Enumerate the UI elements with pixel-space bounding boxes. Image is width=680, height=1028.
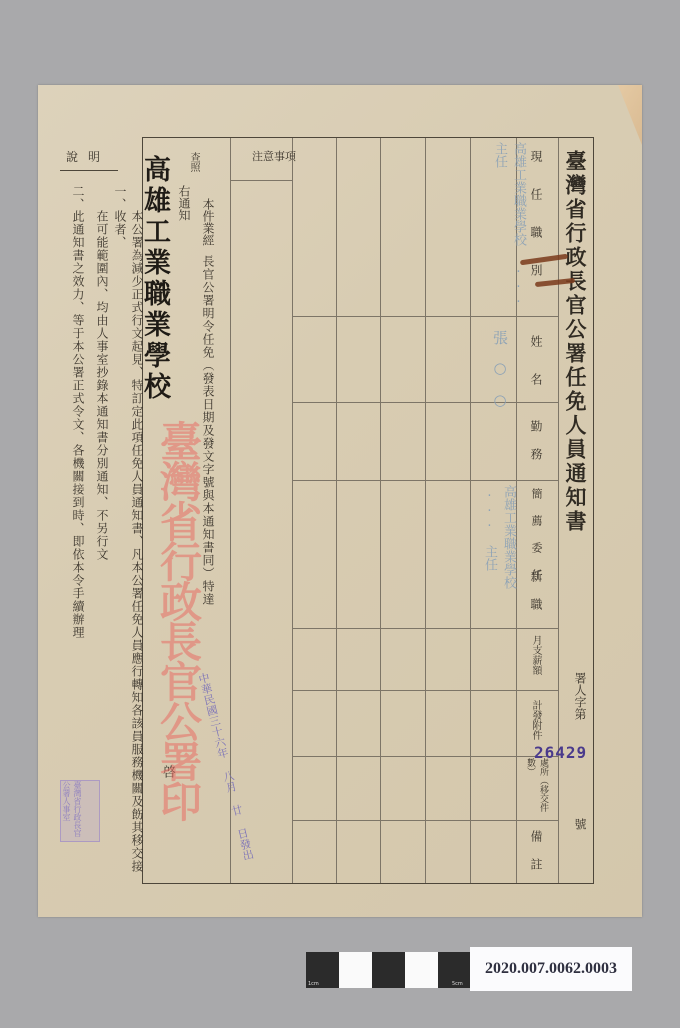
notes-item1-cont: 在可能範圍內、均由人事室抄錄本通知書分別通知、不另行文 bbox=[94, 210, 111, 561]
grid-line bbox=[336, 138, 337, 883]
grid-line bbox=[292, 138, 293, 883]
notes-item2-text: 此通知書之效力、等于本公署正式令文、各機關接到時、即依本令手續辦理 bbox=[70, 210, 87, 639]
red-official-seal: 臺灣省行政長官公署印 bbox=[148, 420, 208, 820]
header-remarks: 備註 bbox=[528, 830, 545, 886]
notes-item1-text: 本公署為減少正式行文起見、特訂定此項任免人員通知書、凡本公署任免人員應行轉知各該… bbox=[112, 210, 146, 880]
scale-bar bbox=[306, 952, 471, 988]
grid-line bbox=[292, 316, 558, 317]
header-new-post: 新職 bbox=[528, 570, 545, 626]
purple-seal: 臺灣省行政長官公署人事室 bbox=[60, 780, 100, 842]
header-name: 姓名 bbox=[528, 335, 545, 411]
header-grade: 勤務 bbox=[528, 420, 545, 476]
serial-suffix: 號 bbox=[572, 818, 589, 830]
grid-line bbox=[425, 138, 426, 883]
body-text-line1: 本件業經 bbox=[200, 198, 217, 246]
grid-line bbox=[558, 138, 559, 883]
entry-current-post: 高雄工業職業學校 ... 主任 bbox=[490, 142, 528, 312]
header-attached-docs: 計發附件 bbox=[528, 700, 543, 740]
notes-item2-prefix: 二、 bbox=[70, 185, 87, 211]
grid-line bbox=[292, 402, 558, 403]
purple-seal-text: 臺灣省行政長官公署人事室 bbox=[61, 781, 83, 839]
grid-line bbox=[292, 690, 558, 691]
grid-line bbox=[292, 756, 558, 757]
entry-name: 張○○ bbox=[490, 330, 511, 423]
document-title: 臺灣省行政長官公署任免人員通知書 bbox=[560, 150, 590, 534]
grid-line bbox=[230, 180, 292, 181]
header-current-post: 現任職別 bbox=[528, 150, 545, 302]
grid-line bbox=[292, 480, 558, 481]
header-office-location: 處所（移交件數） bbox=[524, 758, 550, 818]
accession-number-label: 2020.007.0062.0003 bbox=[470, 947, 632, 991]
grid-line bbox=[470, 138, 471, 883]
serial-label: 署人字第 bbox=[572, 672, 589, 720]
grid-line bbox=[292, 820, 558, 821]
grid-line bbox=[292, 628, 558, 629]
notes-heading: 說明 bbox=[66, 148, 110, 165]
scale-right-label: 5cm bbox=[452, 981, 463, 987]
entry-new-post: 高雄工業職業學校 ... 主任 bbox=[480, 485, 518, 625]
body-text-line3: 查照 bbox=[186, 152, 201, 172]
notes-item1-prefix: 一、 bbox=[112, 185, 129, 211]
notes-heading-rule bbox=[60, 170, 118, 171]
header-monthly-salary: 月支薪額 bbox=[528, 635, 543, 675]
scale-left-label: 1cm bbox=[308, 981, 319, 987]
body-text-line4: 右通知 bbox=[176, 185, 193, 221]
grid-line bbox=[380, 138, 381, 883]
header-notes-col: 注意事項 bbox=[252, 148, 296, 164]
